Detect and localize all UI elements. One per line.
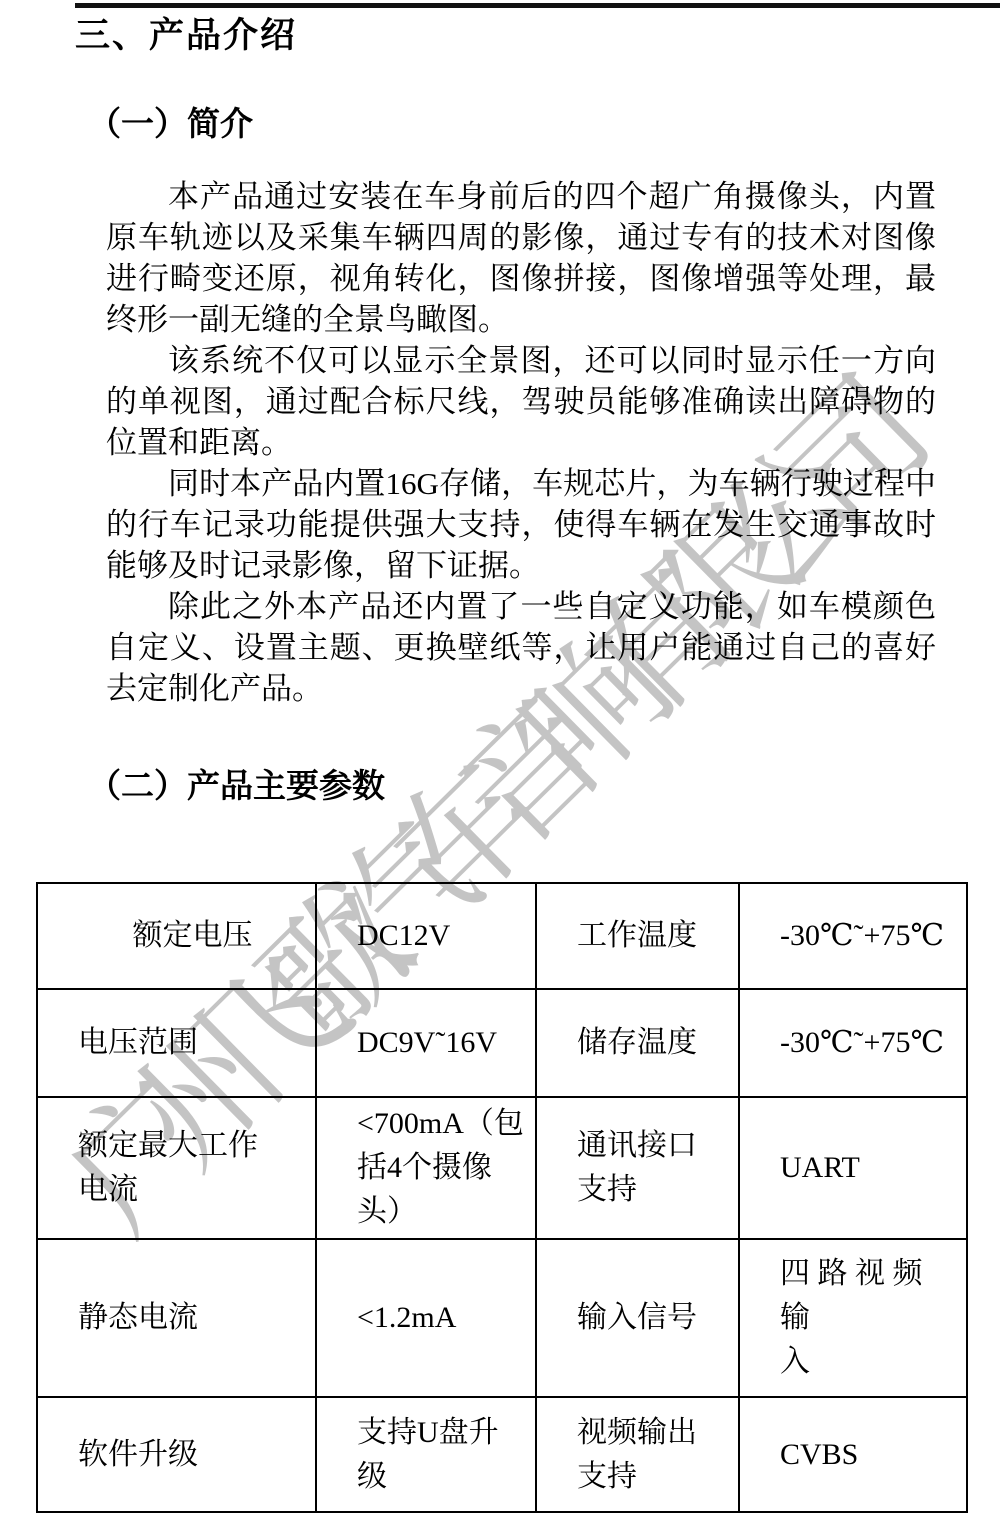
intro-text-block: 本产品通过安装在车身前后的四个超广角摄像头，内置原车轨迹以及采集车辆四周的影像，… [106, 176, 936, 709]
param-name-cell: 额定电压 [37, 883, 316, 989]
param-value-cell: 四 路 视 频 输 入 [739, 1239, 967, 1397]
param-name-cell: 软件升级 [37, 1397, 316, 1512]
param-value-cell: 支持U盘升 级 [316, 1397, 536, 1512]
table-row: 额定电压 DC12V 工作温度 -30℃˜+75℃ [37, 883, 967, 989]
chapter-heading: 三、产品介绍 [75, 8, 297, 58]
param-name-cell: 电压范围 [37, 989, 316, 1097]
param-name-cell: 工作温度 [536, 883, 739, 989]
section-intro-heading: （一）简介 [88, 98, 253, 145]
param-value-cell: DC9V˜16V [316, 989, 536, 1097]
param-name-cell: 视频输出 支持 [536, 1397, 739, 1512]
param-value-cell: -30℃˜+75℃ [739, 989, 967, 1097]
table-row: 软件升级 支持U盘升 级 视频输出 支持 CVBS [37, 1397, 967, 1512]
param-value-cell: <1.2mA [316, 1239, 536, 1397]
param-name-cell: 通讯接口 支持 [536, 1097, 739, 1239]
param-value-cell: DC12V [316, 883, 536, 989]
param-value-cell: <700mA（包 括4个摄像 头） [316, 1097, 536, 1239]
table-row: 静态电流 <1.2mA 输入信号 四 路 视 频 输 入 [37, 1239, 967, 1397]
intro-paragraph-4: 除此之外本产品还内置了一些自定义功能，如车模颜色自定义、设置主题、更换壁纸等，让… [106, 586, 936, 709]
section-params-heading: （二）产品主要参数 [88, 760, 385, 807]
table-row: 电压范围 DC9V˜16V 储存温度 -30℃˜+75℃ [37, 989, 967, 1097]
intro-paragraph-3: 同时本产品内置16G存储，车规芯片，为车辆行驶过程中的行车记录功能提供强大支持，… [106, 463, 936, 586]
intro-paragraph-1: 本产品通过安装在车身前后的四个超广角摄像头，内置原车轨迹以及采集车辆四周的影像，… [106, 176, 936, 340]
param-name-cell: 储存温度 [536, 989, 739, 1097]
param-name-cell: 静态电流 [37, 1239, 316, 1397]
intro-paragraph-2: 该系统不仅可以显示全景图，还可以同时显示任一方向的单视图，通过配合标尺线，驾驶员… [106, 340, 936, 463]
table-row: 额定最大工作 电流 <700mA（包 括4个摄像 头） 通讯接口 支持 UART [37, 1097, 967, 1239]
param-value-cell: UART [739, 1097, 967, 1239]
param-value-cell: CVBS [739, 1397, 967, 1512]
parameters-table: 额定电压 DC12V 工作温度 -30℃˜+75℃ 电压范围 DC9V˜16V … [36, 882, 968, 1513]
param-name-cell: 额定最大工作 电流 [37, 1097, 316, 1239]
param-name-cell: 输入信号 [536, 1239, 739, 1397]
document-page: 广州飞歌汽车音响有限公司 三、产品介绍 （一）简介 本产品通过安装在车身前后的四… [0, 0, 1000, 1529]
param-value-cell: -30℃˜+75℃ [739, 883, 967, 989]
